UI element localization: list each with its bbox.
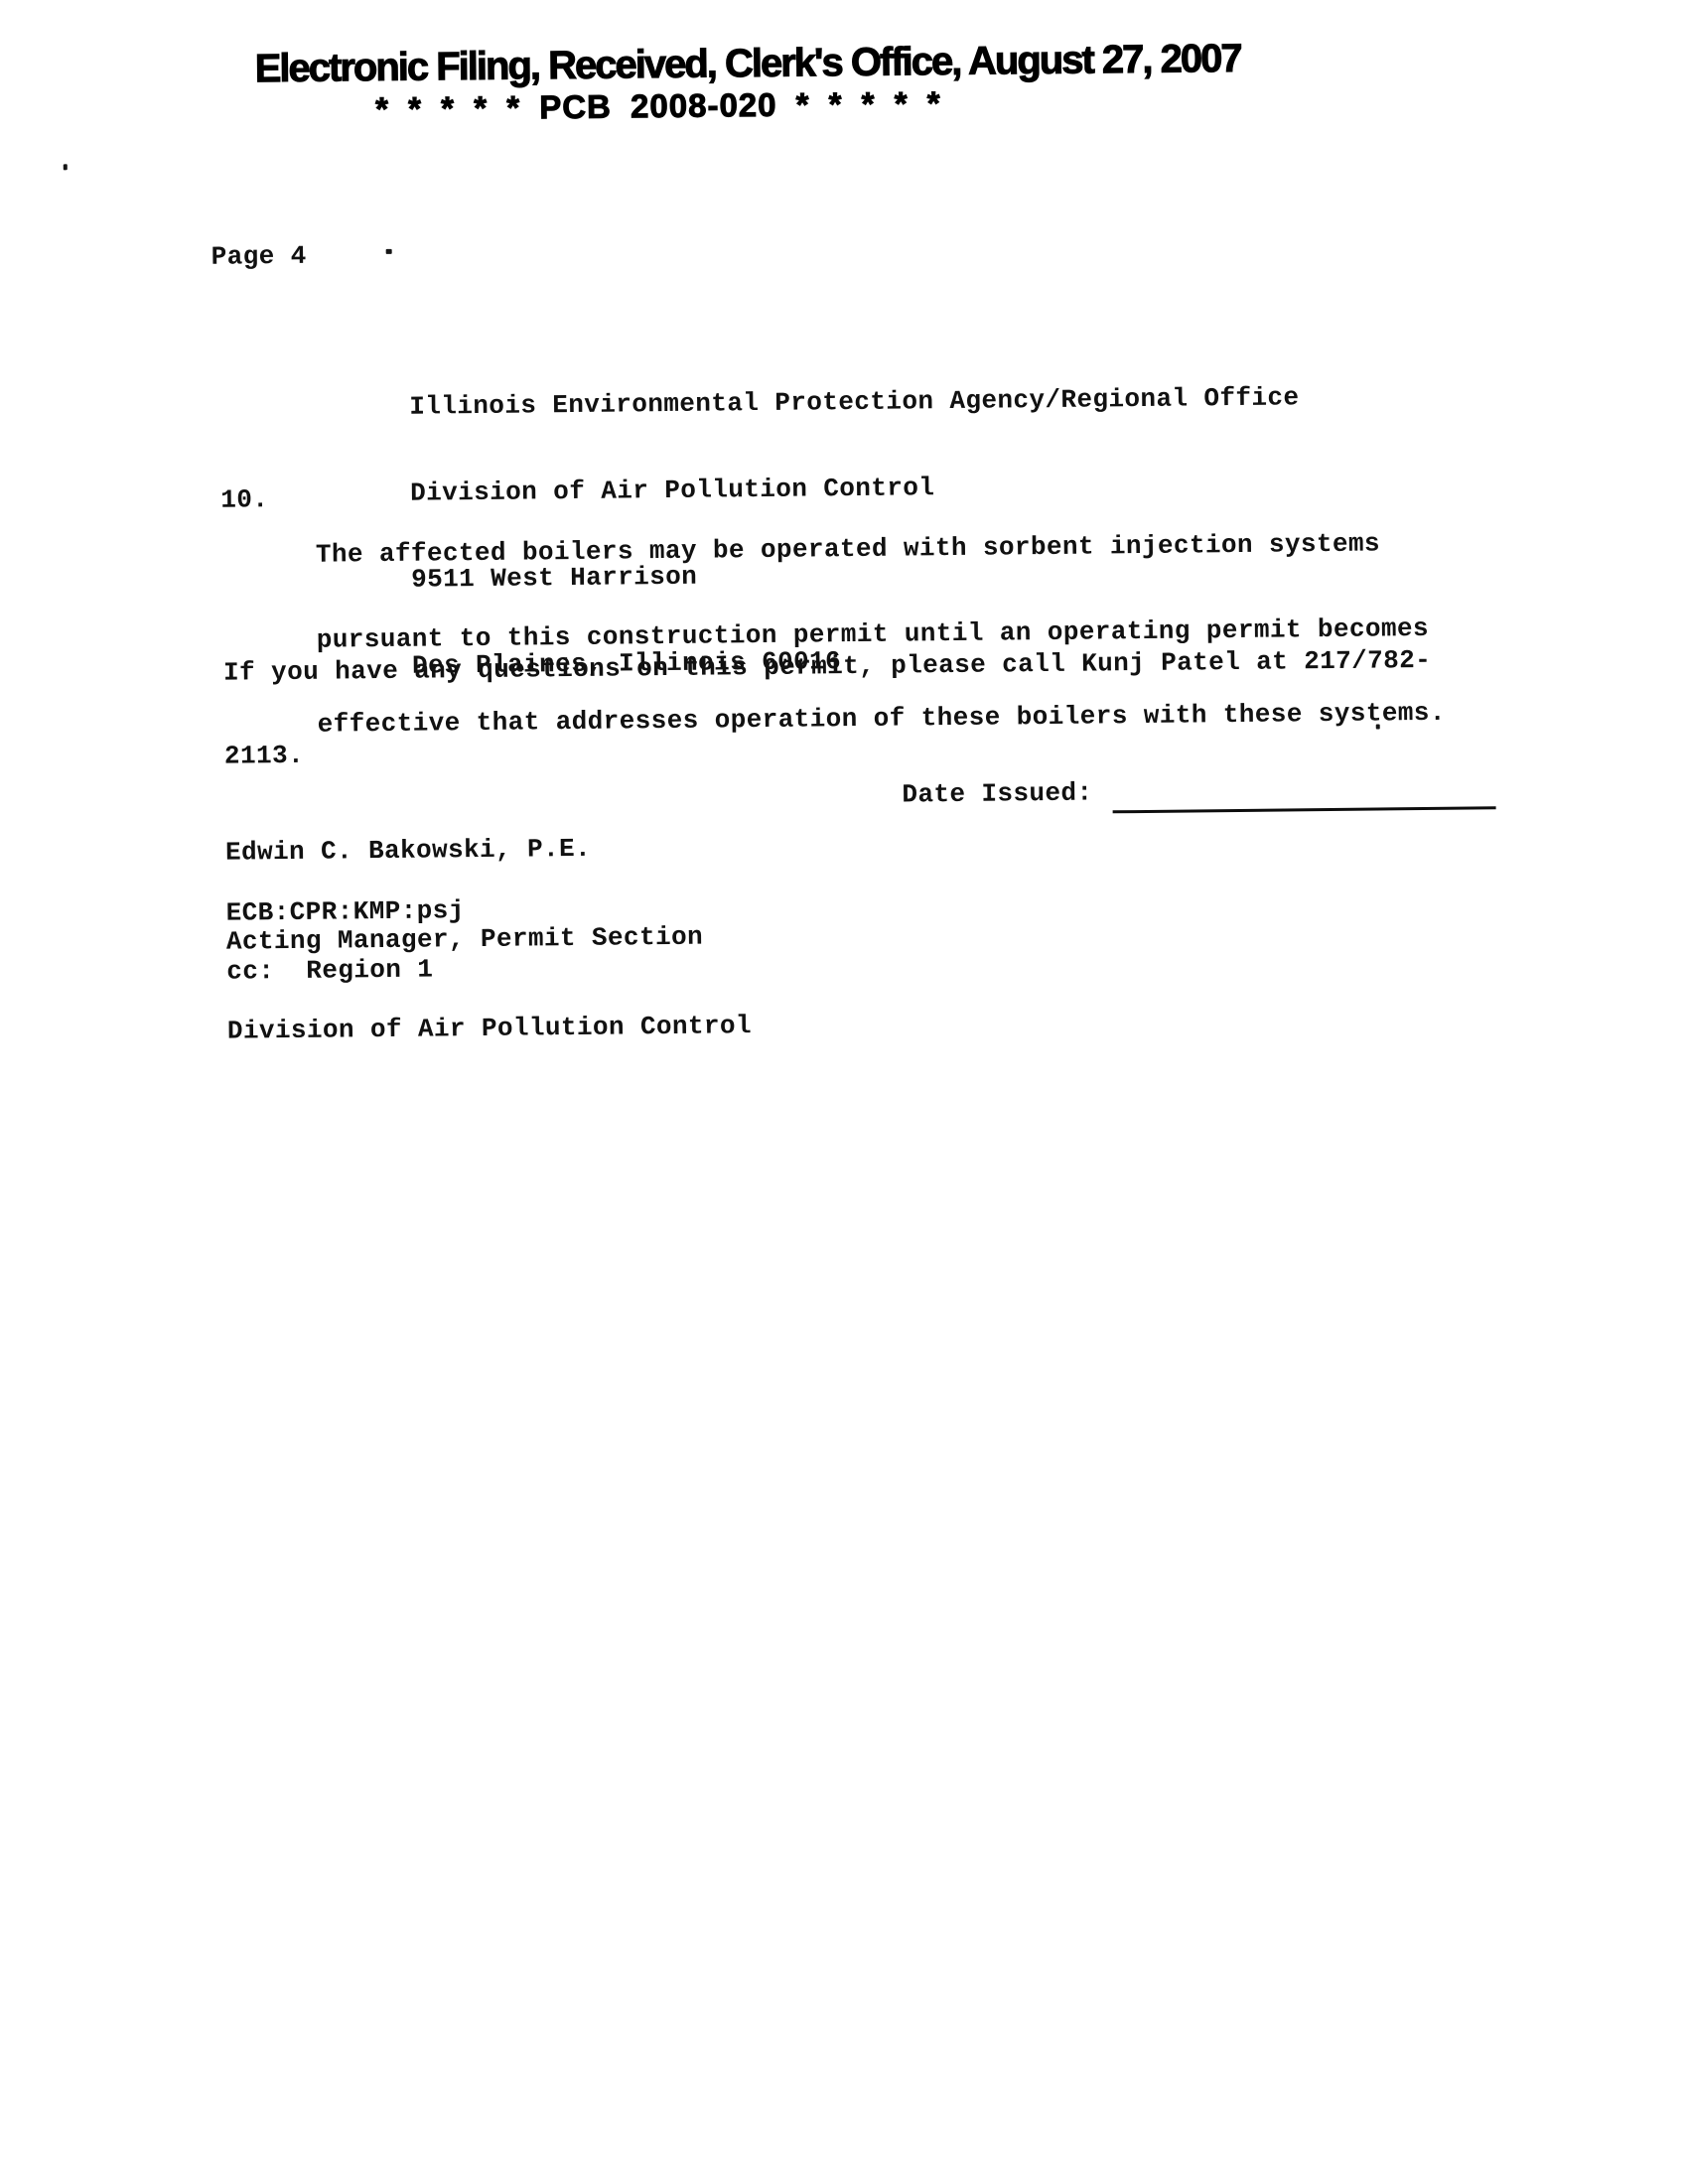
- contact-line: 2113.: [224, 730, 1432, 770]
- signature-block: Edwin C. Bakowski, P.E. Acting Manager, …: [224, 772, 753, 1106]
- item-10-line: The affected boilers may be operated wit…: [316, 529, 1444, 569]
- reference-code: ECB:CPR:KMP:psj: [225, 896, 464, 928]
- scan-speck: [386, 249, 392, 254]
- item-10-number: 10.: [220, 485, 268, 515]
- address-line: Illinois Environmental Protection Agency…: [409, 383, 1299, 421]
- cc-line: cc: Region 1: [226, 955, 433, 986]
- scan-speck: [64, 164, 68, 170]
- contact-line: If you have any questions on this permit…: [223, 646, 1431, 687]
- date-issued-label: Date Issued:: [902, 779, 1092, 810]
- signature-title-2: Division of Air Pollution Control: [227, 1011, 752, 1046]
- page-number: Page 4: [211, 242, 307, 272]
- filing-header-line-2: * * * * * PCB 2008-020 * * * * *: [375, 86, 941, 125]
- scan-content: Electronic Filing, Received, Clerk's Off…: [0, 0, 1684, 2184]
- filing-header-line-1: Electronic Filing, Received, Clerk's Off…: [255, 39, 1241, 88]
- scanned-document-page: Electronic Filing, Received, Clerk's Off…: [0, 0, 1684, 2184]
- signature-name: Edwin C. Bakowski, P.E.: [225, 832, 750, 868]
- scan-speck: [1376, 724, 1380, 729]
